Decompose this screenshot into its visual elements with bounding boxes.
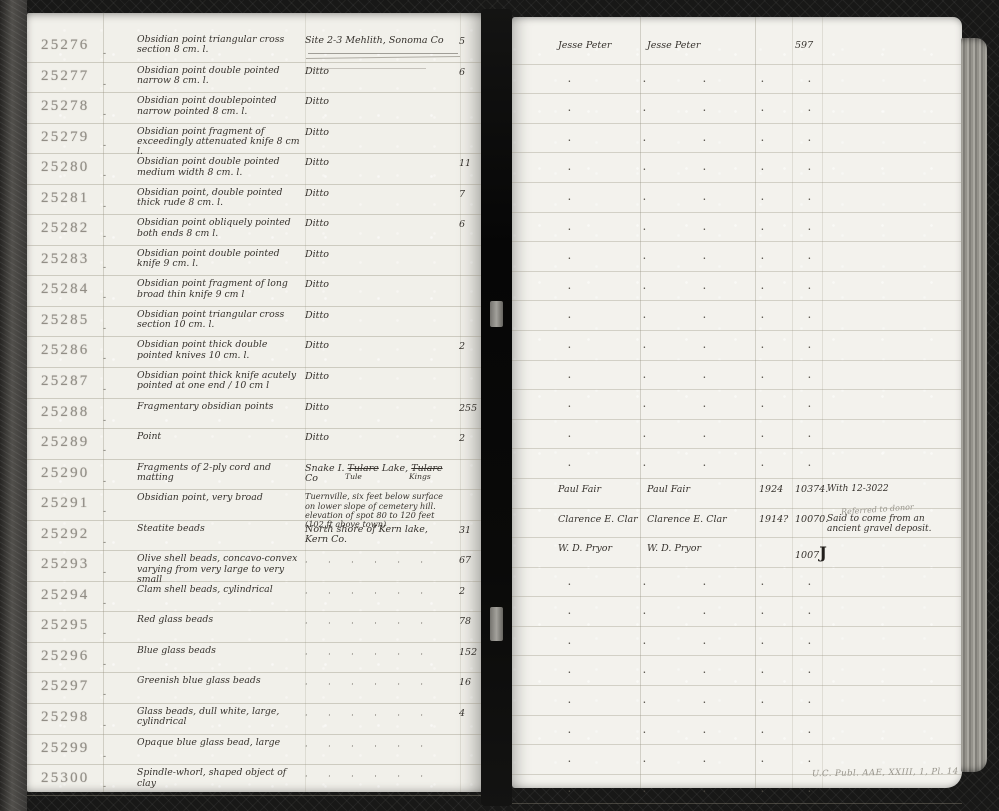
ditto-mark: · — [808, 727, 811, 737]
ditto-row: · · · · · — [512, 94, 962, 124]
ditto-row: · · · · · — [512, 242, 962, 272]
catalog-number: 25278 — [41, 98, 90, 114]
ditto-mark: · — [703, 253, 706, 263]
catalog-number-cell: 25286 — [27, 337, 103, 367]
item-description: Obsidian point triangular cross section … — [119, 307, 305, 337]
collector-name: Paul Fair — [558, 484, 601, 495]
ditto-mark: · — [703, 194, 706, 204]
catalog-number-cell: 25287 — [27, 368, 103, 398]
item-description: Obsidian point double pointed medium wid… — [119, 154, 305, 184]
ditto-mark: · — [643, 253, 646, 263]
ditto-mark: · — [808, 431, 811, 441]
ditto-mark: · — [568, 194, 571, 204]
dash-mark: - — [103, 490, 119, 520]
page-stack-edge — [961, 38, 987, 772]
collector-name: Clarence E. Clar — [558, 514, 638, 525]
donor-name: W. D. Pryor — [647, 543, 701, 554]
catalog-number: 25298 — [41, 709, 90, 725]
ditto-mark: · — [703, 667, 706, 677]
site-locality-cell: · · · · · · — [305, 612, 453, 642]
site-locality-cell: Ditto — [305, 185, 453, 215]
catalog-number: 25292 — [41, 526, 90, 542]
dash-mark: - — [103, 551, 119, 581]
quantity-cell: 2 — [453, 337, 483, 367]
ditto-row: · · · · · — [512, 716, 962, 746]
dash-mark: - — [103, 154, 119, 184]
ditto-mark: · — [643, 727, 646, 737]
quantity-cell: 255 — [453, 399, 483, 429]
ditto-mark: · — [643, 76, 646, 86]
item-description: Obsidian point fragment of exceedingly a… — [119, 124, 305, 154]
dash-mark: - — [103, 93, 119, 123]
dash-mark: - — [103, 32, 119, 62]
ditto-mark: · — [808, 224, 811, 234]
quantity-cell: 31 — [453, 521, 483, 551]
catalog-row: 25280 - Obsidian point double pointed me… — [27, 154, 482, 185]
item-description: Obsidian point double pointed narrow 8 c… — [119, 63, 305, 93]
catalog-number-cell: 25284 — [27, 276, 103, 306]
ditto-mark: · — [808, 697, 811, 707]
ditto-mark: · — [703, 638, 706, 648]
ditto-mark: · — [643, 638, 646, 648]
catalog-number: 25300 — [41, 770, 90, 786]
ditto-mark: · — [808, 164, 811, 174]
catalog-number: 25289 — [41, 434, 90, 450]
dash-mark: - — [103, 185, 119, 215]
bold-pen-mark: J — [819, 543, 827, 562]
catalog-number-cell: 25281 — [27, 185, 103, 215]
site-locality-cell: Ditto — [305, 337, 453, 367]
ditto-mark: · — [761, 224, 764, 234]
site-locality-cell: Ditto — [305, 246, 453, 276]
binding-staple — [490, 607, 503, 641]
ditto-row: · · · · · — [512, 449, 962, 479]
item-description: Red glass beads — [119, 612, 305, 642]
ledger-page-left: 25276 - Obsidian point triangular cross … — [27, 13, 482, 792]
ditto-mark: · — [808, 283, 811, 293]
site-locality-cell: · · · · · · — [305, 735, 453, 765]
dash-mark: - — [103, 246, 119, 276]
ditto-mark: · — [568, 342, 571, 352]
catalog-number-cell: 25279 — [27, 124, 103, 154]
catalog-row: 25286 - Obsidian point thick double poin… — [27, 337, 482, 368]
site-locality-cell: · · · · · · — [305, 704, 453, 734]
ditto-row: · · · · · — [512, 568, 962, 598]
ditto-mark: · — [808, 579, 811, 589]
dash-mark: - — [103, 582, 119, 612]
site-locality-cell: · · · · · · — [305, 582, 453, 612]
ditto-mark: · — [643, 105, 646, 115]
catalog-number: 25291 — [41, 495, 90, 511]
item-description: Blue glass beads — [119, 643, 305, 673]
catalog-row: 25291 - Obsidian point, very broad Tuern… — [27, 490, 482, 521]
catalog-number: 25284 — [41, 281, 90, 297]
ditto-mark: · — [568, 224, 571, 234]
catalog-number-cell: 25278 — [27, 93, 103, 123]
ditto-mark: · — [761, 194, 764, 204]
ditto-mark: · — [568, 312, 571, 322]
quantity-cell: 11 — [453, 154, 483, 184]
catalog-row: 25282 - Obsidian point obliquely pointed… — [27, 215, 482, 246]
catalog-number-cell: 25290 — [27, 460, 103, 490]
item-description: Steatite beads — [119, 521, 305, 551]
catalog-row: 25289 - Point Ditto 2 — [27, 429, 482, 460]
catalog-row: 25279 - Obsidian point fragment of excee… — [27, 124, 482, 155]
item-description: Obsidian point fragment of long broad th… — [119, 276, 305, 306]
catalog-number-cell: 25295 — [27, 612, 103, 642]
ditto-mark: · — [643, 579, 646, 589]
catalog-number-cell: 25276 — [27, 32, 103, 62]
ditto-mark: · — [703, 460, 706, 470]
ditto-mark: · — [761, 756, 764, 766]
ditto-mark: · — [703, 579, 706, 589]
site-locality-cell: Ditto — [305, 368, 453, 398]
ditto-mark: · — [703, 697, 706, 707]
item-description: Opaque blue glass bead, large — [119, 735, 305, 765]
accession-row: Jesse Peter Jesse Peter 597 — [512, 35, 962, 65]
date-value: 1924 — [759, 484, 783, 495]
catalog-number: 25286 — [41, 342, 90, 358]
catalog-number: 25290 — [41, 465, 90, 481]
accession-rows: Jesse Peter Jesse Peter 597 · · · · · · … — [512, 35, 962, 804]
accession-row: Clarence E. Clar Clarence E. Clar 1914? … — [512, 509, 962, 539]
item-description: Clam shell beads, cylindrical — [119, 582, 305, 612]
catalog-row: 25299 - Opaque blue glass bead, large · … — [27, 735, 482, 766]
ditto-mark: · — [808, 401, 811, 411]
catalog-rows: 25276 - Obsidian point triangular cross … — [27, 32, 482, 796]
quantity-cell: 7 — [453, 185, 483, 215]
catalog-number: 25277 — [41, 68, 90, 84]
catalog-row: 25300 - Spindle-whorl, shaped object of … — [27, 765, 482, 796]
catalog-number-cell: 25298 — [27, 704, 103, 734]
catalog-number: 25285 — [41, 312, 90, 328]
ditto-mark: · — [808, 372, 811, 382]
site-text: Co — [305, 473, 318, 484]
catalog-row: 25284 - Obsidian point fragment of long … — [27, 276, 482, 307]
site-locality-cell: Ditto — [305, 124, 453, 154]
ditto-mark: · — [568, 164, 571, 174]
catalog-row: 25294 - Clam shell beads, cylindrical · … — [27, 582, 482, 613]
correction-word: Kings — [409, 472, 431, 483]
ditto-mark: · — [703, 431, 706, 441]
dash-mark: - — [103, 643, 119, 673]
ditto-mark: · — [568, 76, 571, 86]
catalog-number-cell: 25283 — [27, 246, 103, 276]
quantity-cell — [453, 276, 483, 306]
ditto-mark: · — [643, 401, 646, 411]
quantity-cell — [453, 735, 483, 765]
site-underline-mark — [308, 53, 458, 54]
site-locality-cell: · · · · · · — [305, 551, 453, 581]
ditto-mark: · — [761, 342, 764, 352]
ditto-mark: · — [643, 135, 646, 145]
ledger-page-right: Jesse Peter Jesse Peter 597 · · · · · · … — [512, 17, 962, 788]
quantity-cell — [453, 490, 483, 520]
ditto-mark: · — [643, 460, 646, 470]
quantity-cell: 152 — [453, 643, 483, 673]
ditto-mark: · — [643, 164, 646, 174]
item-description: Fragmentary obsidian points — [119, 399, 305, 429]
dash-mark: - — [103, 276, 119, 306]
catalog-number: 25281 — [41, 190, 90, 206]
site-locality-cell: Ditto — [305, 215, 453, 245]
ditto-mark: · — [568, 372, 571, 382]
dash-mark: - — [103, 521, 119, 551]
site-locality-cell: Ditto — [305, 429, 453, 459]
catalog-number: 25282 — [41, 220, 90, 236]
site-locality-cell: Ditto — [305, 307, 453, 337]
ditto-mark: · — [761, 667, 764, 677]
quantity-cell — [453, 765, 483, 795]
quantity-cell — [453, 460, 483, 490]
ditto-mark: · — [808, 756, 811, 766]
catalog-row: 25292 - Steatite beads North shore of Ke… — [27, 521, 482, 552]
pencil-strike-mark — [306, 68, 426, 69]
ditto-mark: · — [703, 312, 706, 322]
item-description: Glass beads, dull white, large, cylindri… — [119, 704, 305, 734]
quantity-cell: 6 — [453, 215, 483, 245]
dash-mark: - — [103, 429, 119, 459]
ditto-mark: · — [808, 460, 811, 470]
site-locality-cell: Ditto — [305, 154, 453, 184]
ditto-mark: · — [703, 283, 706, 293]
dash-mark: - — [103, 215, 119, 245]
item-description: Greenish blue glass beads — [119, 673, 305, 703]
item-description: Obsidian point triangular cross section … — [119, 32, 305, 62]
ditto-mark: · — [643, 431, 646, 441]
ditto-mark: · — [703, 164, 706, 174]
ditto-mark: · — [808, 135, 811, 145]
date-value: 1914? — [759, 514, 788, 525]
ditto-mark: · — [808, 105, 811, 115]
ditto-mark: · — [643, 756, 646, 766]
quantity-cell: 6 — [453, 63, 483, 93]
ditto-mark: · — [808, 608, 811, 618]
site-locality-cell: · · · · · · — [305, 643, 453, 673]
ditto-mark: · — [703, 372, 706, 382]
ditto-row: · · · · · — [512, 627, 962, 657]
dash-mark: - — [103, 704, 119, 734]
ditto-mark: · — [568, 401, 571, 411]
dash-mark: - — [103, 337, 119, 367]
quantity-cell: 67 — [453, 551, 483, 581]
dash-mark: - — [103, 612, 119, 642]
catalog-number: 25283 — [41, 251, 90, 267]
ditto-mark: · — [761, 76, 764, 86]
quantity-cell: 78 — [453, 612, 483, 642]
ditto-mark: · — [761, 312, 764, 322]
collector-name: W. D. Pryor — [558, 543, 612, 554]
catalog-row: 25276 - Obsidian point triangular cross … — [27, 32, 482, 63]
catalog-row: 25293 - Olive shell beads, concavo-conve… — [27, 551, 482, 582]
item-description: Point — [119, 429, 305, 459]
ditto-mark: · — [808, 342, 811, 352]
quantity-cell: 5 — [453, 32, 483, 62]
item-description: Obsidian point, double pointed thick rud… — [119, 185, 305, 215]
ditto-mark: · — [568, 105, 571, 115]
ditto-row: · · · · · — [512, 361, 962, 391]
site-locality-cell: Snake I. Tulare Lake, Tulare CoTuleKings — [305, 460, 453, 490]
catalog-row: 25290 - Fragments of 2-ply cord and matt… — [27, 460, 482, 491]
catalog-number: 25280 — [41, 159, 90, 175]
ditto-mark: · — [761, 283, 764, 293]
ditto-mark: · — [703, 786, 706, 796]
ditto-row: · · · · · — [512, 686, 962, 716]
catalog-number-cell: 25299 — [27, 735, 103, 765]
quantity-cell — [453, 307, 483, 337]
book-binding-gutter — [481, 9, 512, 806]
accession-row: W. D. Pryor W. D. Pryor 1007J — [512, 538, 962, 568]
item-description: Obsidian point double pointed knife 9 cm… — [119, 246, 305, 276]
ditto-mark: · — [643, 697, 646, 707]
catalog-number-cell: 25296 — [27, 643, 103, 673]
ditto-row: · · · · · — [512, 153, 962, 183]
catalog-row: 25288 - Fragmentary obsidian points Ditt… — [27, 399, 482, 430]
ditto-mark: · — [643, 372, 646, 382]
catalog-number-cell: 25294 — [27, 582, 103, 612]
ditto-mark: · — [643, 224, 646, 234]
ditto-row: · · · · · — [512, 656, 962, 686]
catalog-number-cell: 25293 — [27, 551, 103, 581]
ditto-mark: · — [703, 224, 706, 234]
item-description: Spindle-whorl, shaped object of clay — [119, 765, 305, 795]
dash-mark: - — [103, 399, 119, 429]
ditto-mark: · — [761, 253, 764, 263]
catalog-number: 25295 — [41, 617, 90, 633]
ditto-row: · · · · · — [512, 597, 962, 627]
catalog-number: 25294 — [41, 587, 90, 603]
catalog-number: 25288 — [41, 404, 90, 420]
correction-word: Tule — [345, 472, 362, 483]
ditto-row: · · · · · — [512, 331, 962, 361]
ditto-mark: · — [761, 372, 764, 382]
dash-mark: - — [103, 673, 119, 703]
catalog-row: 25281 - Obsidian point, double pointed t… — [27, 185, 482, 216]
ditto-mark: · — [761, 608, 764, 618]
ditto-mark: · — [643, 667, 646, 677]
ditto-mark: · — [568, 638, 571, 648]
ditto-mark: · — [808, 667, 811, 677]
catalog-number: 25276 — [41, 37, 90, 53]
ditto-mark: · — [568, 756, 571, 766]
quantity-cell — [453, 124, 483, 154]
quantity-cell — [453, 246, 483, 276]
ditto-row: · · · · · — [512, 213, 962, 243]
item-description: Obsidian point thick knife acutely point… — [119, 368, 305, 398]
item-description: Olive shell beads, concavo-convex varyin… — [119, 551, 305, 581]
ditto-mark: · — [703, 401, 706, 411]
quantity-cell: 4 — [453, 704, 483, 734]
ditto-mark: · — [703, 756, 706, 766]
ditto-mark: · — [703, 105, 706, 115]
dash-mark: - — [103, 765, 119, 795]
ditto-mark: · — [808, 253, 811, 263]
quantity-cell — [453, 93, 483, 123]
ditto-mark: · — [761, 401, 764, 411]
catalog-number: 25279 — [41, 129, 90, 145]
ditto-mark: · — [643, 283, 646, 293]
catalog-row: 25296 - Blue glass beads · · · · · · 152 — [27, 643, 482, 674]
catalog-number: 25297 — [41, 678, 90, 694]
quantity-cell — [453, 368, 483, 398]
dash-mark: - — [103, 368, 119, 398]
ledger-photo: 25276 - Obsidian point triangular cross … — [0, 0, 999, 811]
ditto-row: · · · · · — [512, 272, 962, 302]
ditto-mark: · — [761, 727, 764, 737]
catalog-row: 25295 - Red glass beads · · · · · · 78 — [27, 612, 482, 643]
ditto-row: · · · · · — [512, 420, 962, 450]
ditto-mark: · — [568, 431, 571, 441]
ditto-mark: · — [643, 194, 646, 204]
catalog-row: 25285 - Obsidian point triangular cross … — [27, 307, 482, 338]
site-text: Snake I. — [305, 463, 347, 474]
site-locality-cell: Ditto — [305, 276, 453, 306]
quantity-cell: 16 — [453, 673, 483, 703]
ditto-mark: · — [568, 283, 571, 293]
book-cover-edge — [0, 0, 27, 811]
site-locality-cell: Ditto — [305, 399, 453, 429]
remarks-cell: With 12-3022 — [827, 484, 957, 494]
catalog-number: 25296 — [41, 648, 90, 664]
ditto-mark: · — [568, 253, 571, 263]
ditto-mark: · — [703, 342, 706, 352]
site-locality-cell: Ditto — [305, 63, 453, 93]
ditto-mark: · — [761, 460, 764, 470]
catalog-number-cell: 25297 — [27, 673, 103, 703]
catalog-row: 25283 - Obsidian point double pointed kn… — [27, 246, 482, 277]
ditto-mark: · — [808, 312, 811, 322]
ditto-mark: · — [568, 579, 571, 589]
catalog-row: 25298 - Glass beads, dull white, large, … — [27, 704, 482, 735]
ditto-mark: · — [703, 727, 706, 737]
accession-number: 1007J — [795, 543, 827, 562]
ditto-mark: · — [643, 786, 646, 796]
ditto-mark: · — [568, 608, 571, 618]
catalog-number: 25287 — [41, 373, 90, 389]
accession-number: 597 — [795, 40, 813, 51]
remarks-cell: Said to come from an ancient gravel depo… — [827, 514, 957, 534]
ditto-row: · · · · · — [512, 301, 962, 331]
item-description: Obsidian point thick double pointed kniv… — [119, 337, 305, 367]
ditto-row: · · · · · — [512, 65, 962, 95]
ditto-mark: · — [761, 431, 764, 441]
catalog-row: 25287 - Obsidian point thick knife acute… — [27, 368, 482, 399]
ditto-mark: · — [808, 638, 811, 648]
ditto-mark: · — [703, 608, 706, 618]
ditto-mark: · — [568, 135, 571, 145]
ditto-mark: · — [568, 460, 571, 470]
collector-name: Jesse Peter — [558, 40, 611, 51]
ditto-mark: · — [643, 342, 646, 352]
item-description: Obsidian point, very broad — [119, 490, 305, 520]
catalog-row: 25297 - Greenish blue glass beads · · · … — [27, 673, 482, 704]
accession-number: 10374. — [795, 484, 828, 495]
catalog-number: 25293 — [41, 556, 90, 572]
quantity-cell: 2 — [453, 582, 483, 612]
catalog-number-cell: 25291 — [27, 490, 103, 520]
catalog-number-cell: 25292 — [27, 521, 103, 551]
catalog-number-cell: 25280 — [27, 154, 103, 184]
site-locality-cell: · · · · · · — [305, 673, 453, 703]
dash-mark: - — [103, 460, 119, 490]
ditto-row: · · · · · — [512, 124, 962, 154]
dash-mark: - — [103, 735, 119, 765]
ditto-mark: · — [761, 638, 764, 648]
catalog-number-cell: 25288 — [27, 399, 103, 429]
site-locality-cell: Tuernville, six feet below surface on lo… — [305, 490, 453, 520]
accession-number: 10070. — [795, 514, 828, 525]
item-description: Obsidian point doublepointed narrow poin… — [119, 93, 305, 123]
